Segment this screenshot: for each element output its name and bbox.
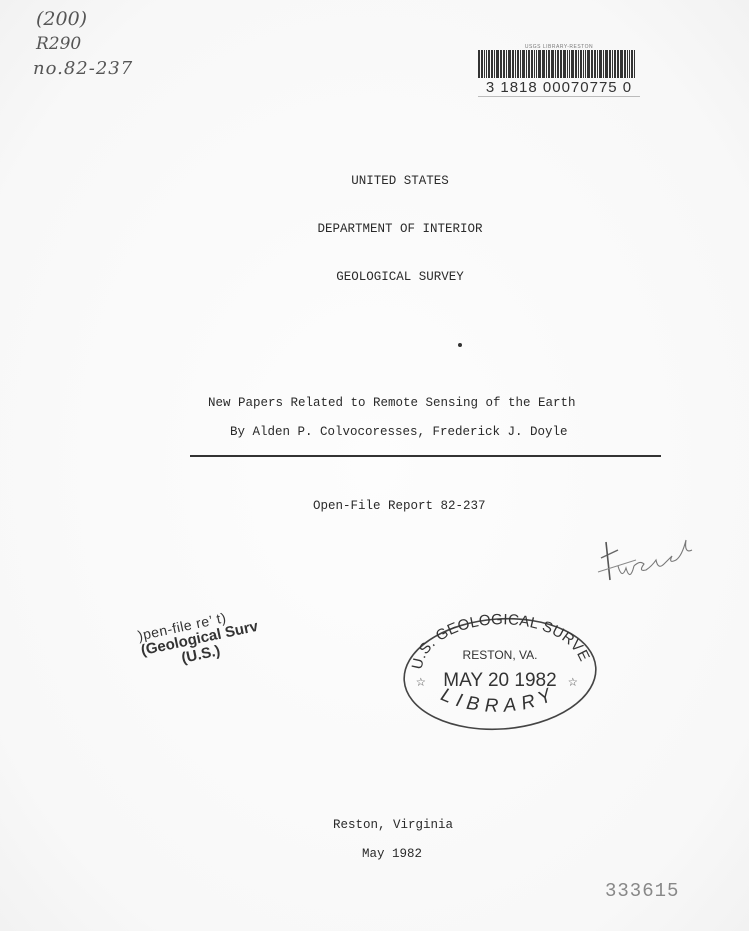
library-barcode: USGS LIBRARY-RESTON 3 1818 00070775 0 — [478, 44, 640, 96]
barcode-bar — [605, 50, 608, 78]
barcode-bar — [597, 50, 598, 78]
barcode-bar — [531, 50, 533, 78]
accession-number: 333615 — [605, 880, 679, 902]
barcode-bar — [481, 50, 483, 78]
barcode-bar — [496, 50, 499, 78]
title-rule — [190, 455, 661, 457]
header-line-2: DEPARTMENT OF INTERIOR — [290, 221, 510, 237]
report-number: Open-File Report 82-237 — [313, 499, 486, 513]
document-title: New Papers Related to Remote Sensing of … — [208, 396, 576, 410]
barcode-bar — [583, 50, 584, 78]
stamp-date: MAY 20 1982 — [443, 670, 556, 691]
barcode-bar — [563, 50, 566, 78]
star-icon-left: ☆ — [416, 673, 426, 691]
barcode-bar — [571, 50, 574, 78]
header-line-1: UNITED STATES — [290, 173, 510, 189]
ink-dot — [458, 343, 462, 347]
barcode-bar — [580, 50, 582, 78]
barcode-bar — [624, 50, 626, 78]
barcode-bar — [634, 50, 635, 78]
barcode-bar — [548, 50, 550, 78]
star-icon-right: ☆ — [568, 673, 578, 691]
barcode-bar — [491, 50, 493, 78]
barcode-bar — [484, 50, 485, 78]
barcode-bar — [627, 50, 628, 78]
stamp-city: RESTON, VA. — [463, 648, 538, 662]
barcode-bar — [494, 50, 495, 78]
barcode-bar — [526, 50, 527, 78]
barcode-bar — [578, 50, 579, 78]
barcode-bar — [542, 50, 545, 78]
document-authors: By Alden P. Colvocoresses, Frederick J. … — [230, 425, 568, 439]
barcode-bar — [534, 50, 535, 78]
barcode-bar — [575, 50, 577, 78]
document-page: (200) R290 no.82-237 USGS LIBRARY-RESTON… — [0, 0, 749, 931]
publication-date: May 1982 — [362, 847, 422, 861]
header-line-3: GEOLOGICAL SURVEY — [290, 269, 510, 285]
barcode-bar — [591, 50, 593, 78]
barcode-bar — [587, 50, 590, 78]
agency-header: UNITED STATES DEPARTMENT OF INTERIOR GEO… — [290, 141, 510, 317]
barcode-bar — [555, 50, 556, 78]
barcode-bar — [629, 50, 630, 78]
barcode-bar — [609, 50, 611, 78]
barcode-bar — [488, 50, 490, 78]
handwritten-signature — [596, 520, 716, 600]
barcode-bar — [478, 50, 480, 78]
barcode-bar — [538, 50, 541, 78]
barcode-number: 3 1818 00070775 0 — [478, 79, 640, 96]
barcode-bar — [631, 50, 633, 78]
barcode-bar — [617, 50, 619, 78]
barcode-bar — [620, 50, 623, 78]
barcode-bar — [546, 50, 547, 78]
barcode-bars — [478, 50, 640, 78]
barcode-bar — [500, 50, 502, 78]
library-received-stamp: U.S. GEOLOGICAL SURVEY RESTON, VA. MAY 2… — [400, 612, 600, 734]
barcode-bar — [594, 50, 596, 78]
barcode-bar — [536, 50, 537, 78]
barcode-bar — [520, 50, 521, 78]
barcode-bar — [603, 50, 604, 78]
barcode-bar — [517, 50, 519, 78]
barcode-bar — [551, 50, 554, 78]
barcode-bar — [506, 50, 507, 78]
barcode-bar — [585, 50, 586, 78]
barcode-bar — [503, 50, 505, 78]
handwritten-note-3: no.82-237 — [33, 58, 133, 79]
handwritten-note-1: (200) — [36, 8, 87, 30]
barcode-bar — [612, 50, 613, 78]
barcode-bar — [557, 50, 559, 78]
barcode-bar — [569, 50, 570, 78]
barcode-bar — [528, 50, 530, 78]
publication-place: Reston, Virginia — [333, 818, 453, 832]
barcode-bar — [486, 50, 487, 78]
barcode-bar — [512, 50, 514, 78]
barcode-bar — [567, 50, 568, 78]
barcode-bar — [522, 50, 525, 78]
barcode-bar — [560, 50, 562, 78]
barcode-bar — [515, 50, 516, 78]
handwritten-note-2: R290 — [36, 34, 81, 54]
barcode-bar — [599, 50, 602, 78]
barcode-bar — [508, 50, 511, 78]
open-file-stamp: )pen-file re’ t) (Geological Surv (U.S.) — [136, 603, 263, 675]
barcode-underline — [478, 96, 640, 97]
barcode-bar — [614, 50, 616, 78]
